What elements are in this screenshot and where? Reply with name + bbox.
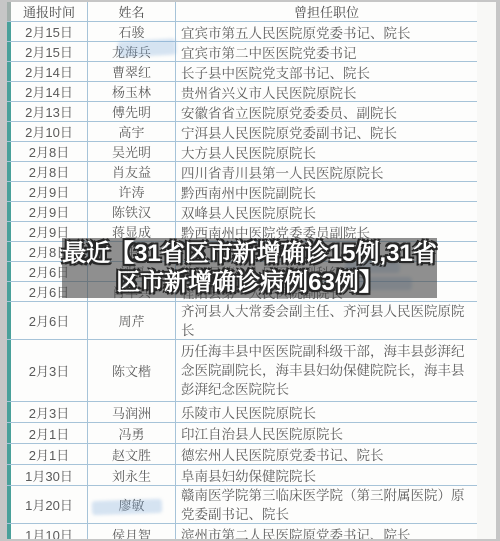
cell-position: 贵州省兴义市人民医院原院长 bbox=[176, 82, 477, 101]
cell-date: 1月30日 bbox=[11, 465, 88, 485]
table-row: 2月13日傅先明安徽省省立医院原党委委员、副院长 bbox=[7, 102, 477, 122]
table-row: 1月20日廖敏赣南医学院第三临床医学院（第三附属医院）原党委副书记、院长 bbox=[7, 486, 477, 524]
sheet-blank-margin bbox=[477, 2, 496, 539]
cell-name: 陈铁汉 bbox=[88, 202, 176, 221]
cell-date: 2月1日 bbox=[11, 444, 88, 464]
cell-position: 齐河县人大常委会副主任、齐河县人民医院原院长 bbox=[176, 302, 477, 339]
cell-name: 高宇 bbox=[88, 122, 176, 141]
table-row: 2月3日马润洲乐陵市人民医院原院长 bbox=[7, 402, 477, 423]
table-row: 2月9日陈铁汉双峰县人民医院原院长 bbox=[7, 202, 477, 222]
table-row: 2月15日龙海兵宜宾市第二中医医院党委书记 bbox=[7, 42, 477, 62]
table-row: 2月6日周芹齐河县人大常委会副主任、齐河县人民医院原院长 bbox=[7, 302, 477, 340]
cell-position: 宁洱县人民医院原党委副书记、院长 bbox=[176, 122, 477, 141]
cell-position: 大方县人民医院原院长 bbox=[176, 142, 477, 161]
cell-name: 曹翠红 bbox=[88, 62, 176, 81]
column-header-date: 通报时间 bbox=[11, 2, 88, 21]
cell-date: 2月10日 bbox=[11, 122, 88, 141]
cell-position: 历任海丰县中医医院副科级干部，海丰县彭湃纪念医院副院长，海丰县妇幼保健院院长，海… bbox=[176, 340, 477, 401]
cell-date: 2月1日 bbox=[11, 423, 88, 443]
cell-position: 乐陵市人民医院原院长 bbox=[176, 402, 477, 422]
table-row: 2月15日石骏宜宾市第五人民医院原党委书记、院长 bbox=[7, 22, 477, 42]
watermark-blob bbox=[118, 38, 177, 57]
table-row: 2月14日曹翠红长子县中医院党支部书记、院长 bbox=[7, 62, 477, 82]
cell-position: 长子县中医院党支部书记、院长 bbox=[176, 62, 477, 81]
cell-name: 陈文楷 bbox=[88, 340, 176, 401]
table-row: 2月1日冯勇印江自治县人民医院原院长 bbox=[7, 423, 477, 444]
frame-top-edge bbox=[0, 0, 500, 2]
table-row: 2月8日吴光明大方县人民医院原院长 bbox=[7, 142, 477, 162]
table-row: 2月14日杨玉林贵州省兴义市人民医院原院长 bbox=[7, 82, 477, 102]
cell-position: 宜宾市第五人民医院原党委书记、院长 bbox=[176, 22, 477, 41]
cell-name: 许涛 bbox=[88, 182, 176, 201]
cell-date: 2月15日 bbox=[11, 42, 88, 61]
cell-date: 2月8日 bbox=[11, 162, 88, 181]
cell-name: 马润洲 bbox=[88, 402, 176, 422]
column-header-name: 姓名 bbox=[88, 2, 176, 21]
cell-position: 四川省青川县第一人民医院原院长 bbox=[176, 162, 477, 181]
watermark-blob bbox=[92, 499, 162, 515]
cell-name: 吴光明 bbox=[88, 142, 176, 161]
cell-date: 2月13日 bbox=[11, 102, 88, 121]
cell-position: 安徽省省立医院原党委委员、副院长 bbox=[176, 102, 477, 121]
table-header-row: 通报时间 姓名 曾担任职位 bbox=[7, 2, 477, 22]
cell-position: 赣南医学院第三临床医学院（第三附属医院）原党委副书记、院长 bbox=[176, 486, 477, 523]
frame-right-edge bbox=[496, 0, 500, 541]
cell-name: 赵文胜 bbox=[88, 444, 176, 464]
cell-name: 冯勇 bbox=[88, 423, 176, 443]
cell-position: 印江自治县人民医院原院长 bbox=[176, 423, 477, 443]
cell-name: 刘永生 bbox=[88, 465, 176, 485]
cell-date: 2月8日 bbox=[11, 142, 88, 161]
cell-date: 2月14日 bbox=[11, 62, 88, 81]
caption-line-2: 区市新增确诊病例63例】 bbox=[116, 268, 383, 297]
cell-date: 2月14日 bbox=[11, 82, 88, 101]
cell-date: 2月3日 bbox=[11, 340, 88, 401]
cell-position: 宜宾市第二中医医院党委书记 bbox=[176, 42, 477, 61]
cell-name: 杨玉林 bbox=[88, 82, 176, 101]
cell-date: 2月6日 bbox=[11, 302, 88, 339]
cell-date: 2月3日 bbox=[11, 402, 88, 422]
caption-overlay: 最近【31省区市新增确诊15例,31省 区市新增确诊病例63例】 bbox=[62, 238, 437, 298]
cell-date: 2月9日 bbox=[11, 182, 88, 201]
table-row: 2月10日高宇宁洱县人民医院原党委副书记、院长 bbox=[7, 122, 477, 142]
cell-name: 傅先明 bbox=[88, 102, 176, 121]
frame-left-edge bbox=[0, 0, 7, 541]
cell-name: 肖友益 bbox=[88, 162, 176, 181]
caption-line-1: 最近【31省区市新增确诊15例,31省 bbox=[62, 239, 437, 268]
column-header-position: 曾担任职位 bbox=[176, 2, 477, 21]
cell-position: 阜南县妇幼保健院院长 bbox=[176, 465, 477, 485]
cell-date: 2月15日 bbox=[11, 22, 88, 41]
table-row: 2月3日陈文楷历任海丰县中医医院副科级干部，海丰县彭湃纪念医院副院长，海丰县妇幼… bbox=[7, 340, 477, 402]
table-row: 1月30日刘永生阜南县妇幼保健院院长 bbox=[7, 465, 477, 486]
cell-name: 周芹 bbox=[88, 302, 176, 339]
table-row: 2月9日许涛黔西南州中医院副院长 bbox=[7, 182, 477, 202]
cell-position: 黔西南州中医院副院长 bbox=[176, 182, 477, 201]
cell-date: 1月20日 bbox=[11, 486, 88, 523]
cell-date: 2月9日 bbox=[11, 202, 88, 221]
cell-position: 德宏州人民医院原党委书记、院长 bbox=[176, 444, 477, 464]
table-row: 2月8日肖友益四川省青川县第一人民医院原院长 bbox=[7, 162, 477, 182]
table-row: 2月1日赵文胜德宏州人民医院原党委书记、院长 bbox=[7, 444, 477, 465]
cell-position: 双峰县人民医院原院长 bbox=[176, 202, 477, 221]
